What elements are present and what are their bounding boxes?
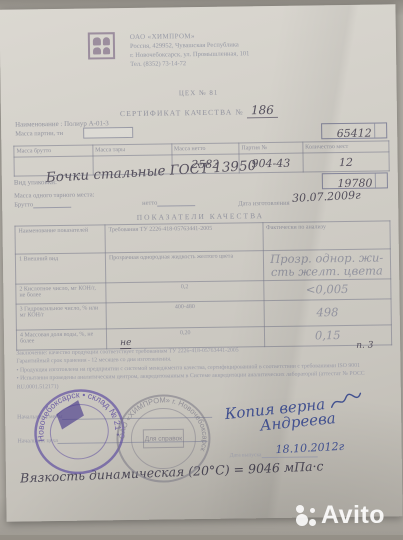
q-r3-name: 3 Гидроксильное число, % или мг КОН/г [16, 303, 106, 330]
shop-chief-label: Начальник цеха [17, 438, 58, 445]
certificate-number: 186 [247, 103, 278, 118]
listing-photo: ОАО «ХИМПРОМ» Россия, 429952, Чувашская … [0, 0, 403, 540]
code-box-bottom: 19780 [322, 172, 388, 189]
net-blank: нетто [142, 199, 195, 207]
mfg-date-label: Дата изготовления [238, 200, 289, 208]
logo-glyph [102, 37, 110, 45]
avito-dot [296, 514, 308, 526]
q-r1-req: Прозрачная однородная жидкость желтого ц… [105, 251, 263, 283]
company-phone: Тел. (8352) 73-14-72 [130, 58, 249, 69]
gross-label: Брутто [14, 201, 33, 208]
avito-dot [296, 505, 304, 513]
q-col-req: Требования ТУ 2226-418-05763441-2005 [105, 223, 263, 253]
company-header: ОАО «ХИМПРОМ» Россия, 429952, Чувашская … [130, 31, 250, 69]
quality-table: Наименование показателей Требования ТУ 2… [14, 220, 392, 351]
mfg-date-value: 30.07.2009г [292, 189, 361, 205]
handwritten-insert-ne: не [120, 338, 131, 349]
certificate-title: СЕРТИФИКАТ КАЧЕСТВА № 186 [1, 101, 397, 121]
handwritten-note-p3: п. 3 [356, 341, 373, 351]
gross-underline [33, 201, 71, 209]
q-r2-name: 2 Кислотное число, мг КОН/г, не более [16, 283, 106, 304]
copy-certified-block: Копия верна Андреева [224, 387, 397, 438]
q-col-actual: Фактически по анализу [262, 221, 390, 251]
company-address-2: г. Новочебоксарск, ул. Промышленная, 101 [130, 49, 249, 60]
shift-chief-underline [63, 411, 213, 420]
certificate-paper: ОАО «ХИМПРОМ» Россия, 429952, Чувашская … [0, 4, 403, 521]
col-batch: Партия № [239, 142, 303, 154]
q-r1-name: 1 Внешний вид [15, 253, 105, 285]
q-r3-req: 400-480 [106, 301, 264, 329]
issue-date-label: Дата выпуска [230, 452, 262, 458]
q-r4-name: 4 Массовая доля воды, %, не более [16, 329, 106, 350]
photo-bottom-edge [0, 535, 403, 540]
issue-date-value: 18.10.2012г [275, 440, 344, 456]
stamp-ink-mark [56, 400, 84, 429]
avito-dot [309, 519, 316, 526]
logo-glyph [93, 47, 101, 55]
viscosity-note: Вязкость динамическая (20°С) = 9046 мПа·… [20, 458, 324, 485]
shop-chief-line: Начальник цеха [17, 435, 208, 445]
avito-logo-icon [296, 505, 316, 526]
shop-chief-underline [58, 435, 208, 444]
batch-mass-label: Масса партии, тн [15, 130, 63, 138]
logo-glyph [93, 37, 101, 45]
fine-print: Заключение: качество продукции соответст… [16, 344, 395, 391]
batch-mass-box [83, 127, 133, 139]
shift-chief-line: Начальник смены [17, 411, 213, 421]
certificate-title-label: СЕРТИФИКАТ КАЧЕСТВА № [120, 107, 244, 118]
gross-blank: Брутто [14, 201, 71, 209]
q-r1-actual: Прозр. однор. жи-сть желт. цвета [263, 249, 391, 281]
code-box-top: 65412 [321, 122, 387, 139]
shop-number: ЦЕХ № 81 [1, 86, 397, 100]
avito-dot [310, 508, 315, 513]
code-top-value: 65412 [337, 127, 372, 140]
net-label: нетто [142, 200, 157, 207]
avito-wordmark: Avito [321, 501, 385, 530]
net-underline [157, 199, 195, 207]
svg-text:ОАО «ХИМПРОМ» г. Новочебоксарс: ОАО «ХИМПРОМ» г. Новочебоксарск [117, 395, 210, 455]
q-col-name: Наименование показателей [15, 225, 105, 254]
q-r2-req: 0,2 [106, 281, 264, 303]
stamp-gray-ring-text: ОАО «ХИМПРОМ» г. Новочебоксарск [117, 395, 210, 455]
avito-watermark: Avito [296, 501, 385, 530]
himprom-logo [88, 32, 115, 59]
val-places: 12 [303, 152, 390, 172]
logo-glyph [102, 47, 110, 55]
unit-mass-label: Масса одного тарного места: [14, 191, 94, 199]
val-places-text: 12 [339, 156, 353, 169]
q-r2-actual: <0,005 [263, 279, 391, 301]
q-r3-actual: 498 [264, 299, 392, 327]
